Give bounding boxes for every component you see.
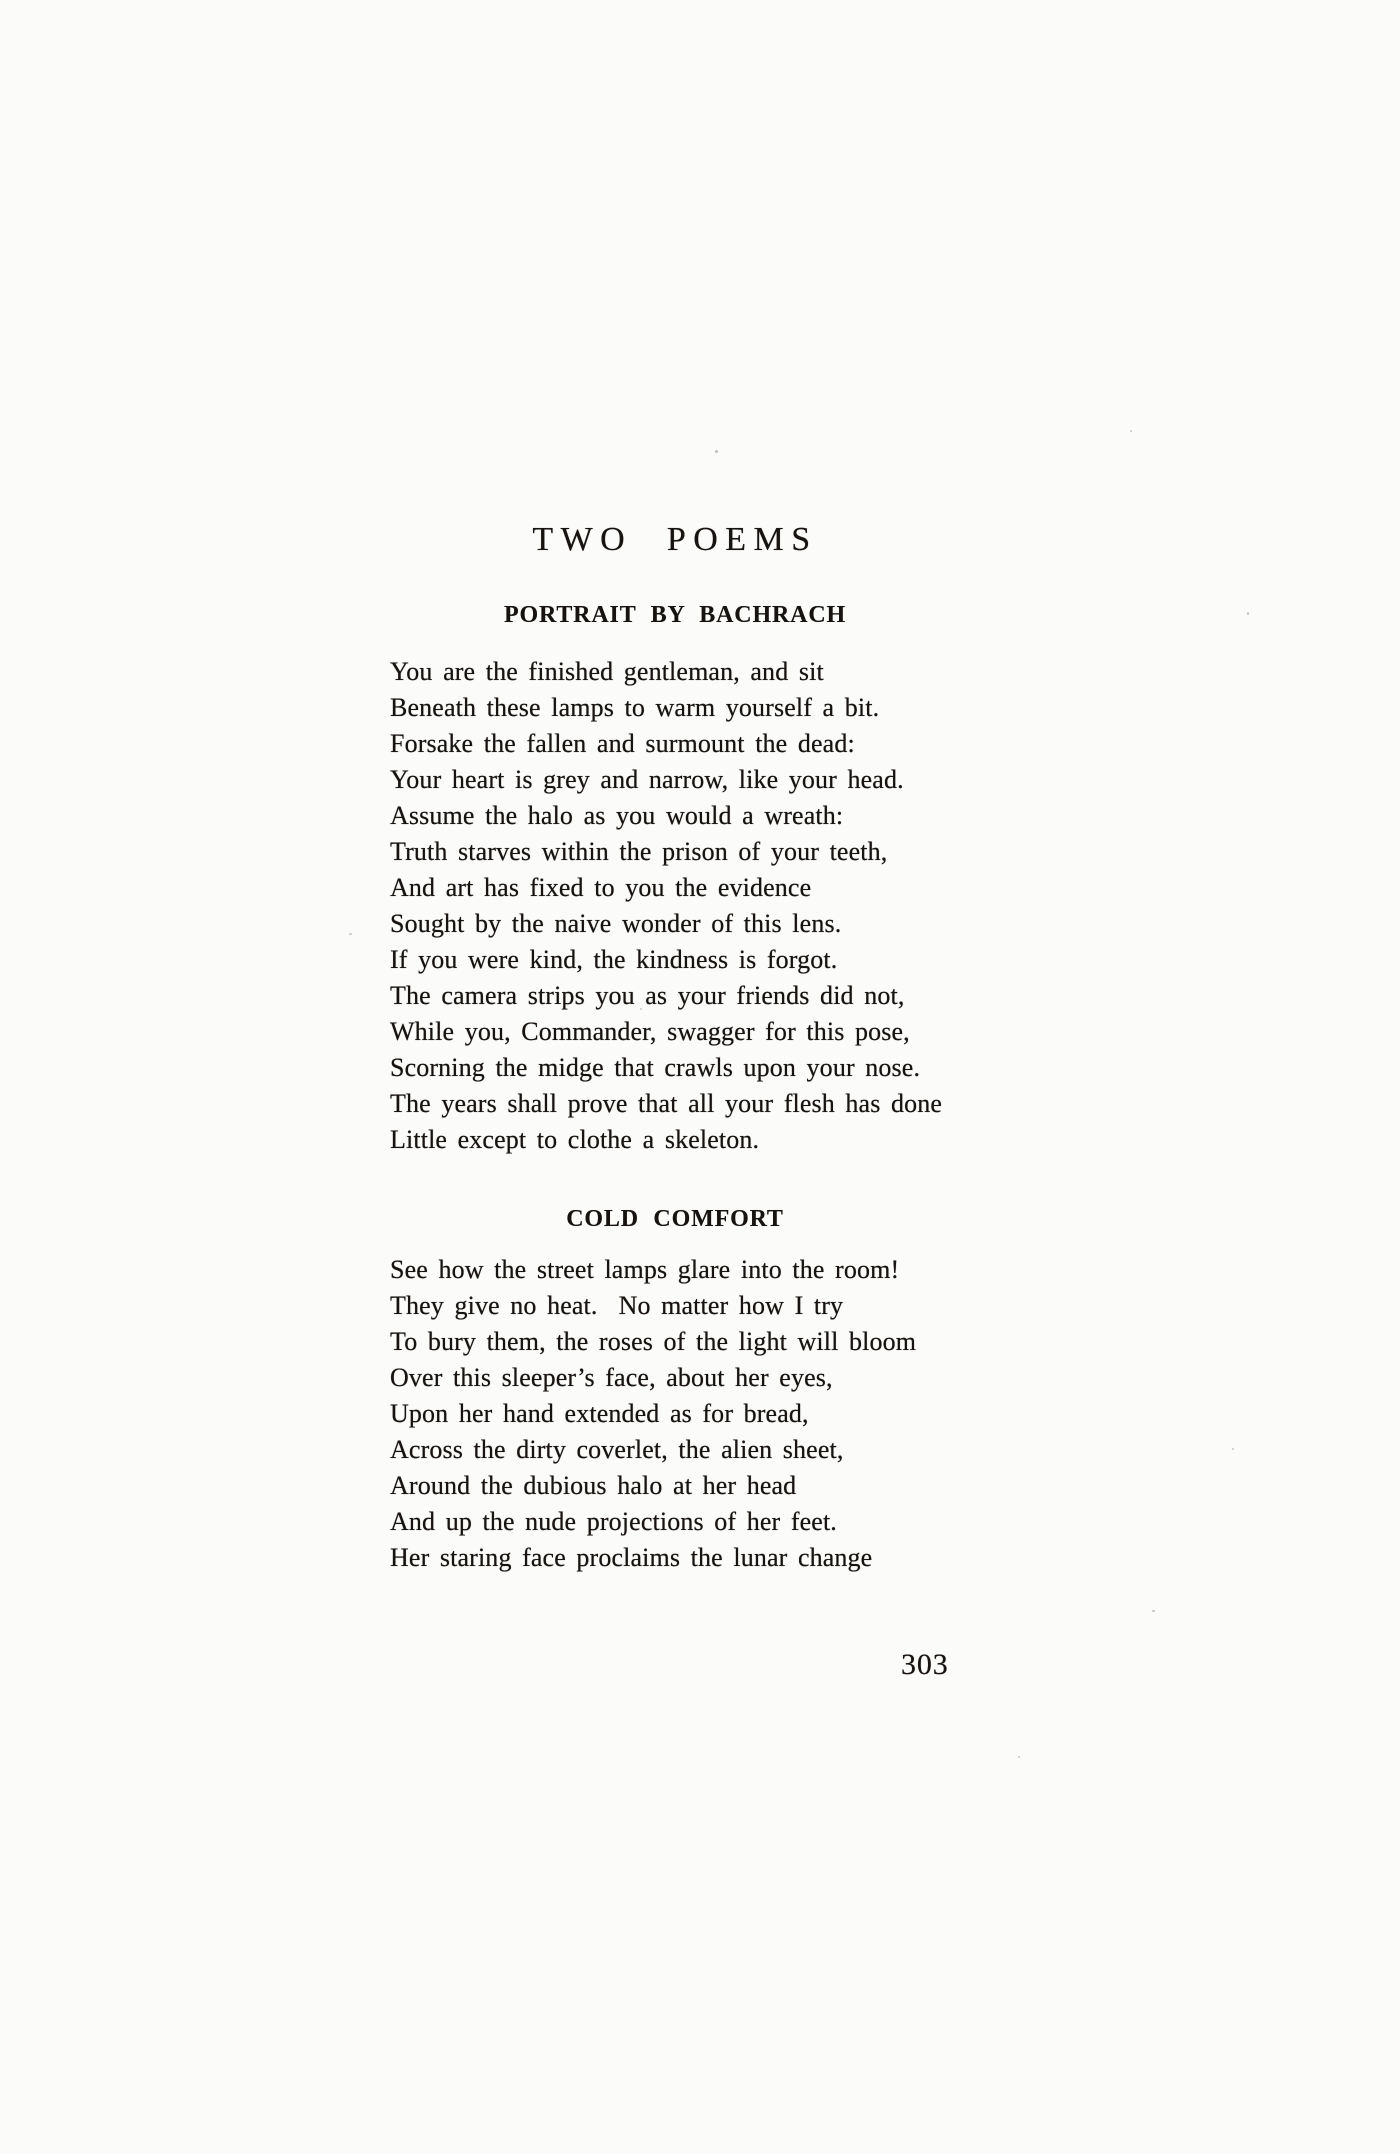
poem-body-portrait-by-bachrach: You are the finished gentleman, and sit … — [390, 654, 942, 1158]
poem-line: And art has fixed to you the evidence — [390, 870, 942, 906]
poem-line: Her staring face proclaims the lunar cha… — [390, 1540, 916, 1576]
poem-line: Over this sleeper’s face, about her eyes… — [390, 1360, 916, 1396]
poem-line: The years shall prove that all your fles… — [390, 1086, 942, 1122]
poem-line: Around the dubious halo at her head — [390, 1468, 916, 1504]
poem-line: Little except to clothe a skeleton. — [390, 1122, 942, 1158]
poem-line: And up the nude projections of her feet. — [390, 1504, 916, 1540]
page-title: TWO POEMS — [390, 521, 960, 559]
poem-line: If you were kind, the kindness is forgot… — [390, 942, 942, 978]
poem-line: The camera strips you as your friends di… — [390, 978, 942, 1014]
page-number: 303 — [901, 1649, 949, 1681]
poem-line: Sought by the naive wonder of this lens. — [390, 906, 942, 942]
poem-line: Beneath these lamps to warm yourself a b… — [390, 690, 942, 726]
poem-line: They give no heat. No matter how I try — [390, 1288, 916, 1324]
poem-heading-portrait-by-bachrach: PORTRAIT BY BACHRACH — [390, 602, 960, 629]
poem-line: While you, Commander, swagger for this p… — [390, 1014, 942, 1050]
poem-line: Upon her hand extended as for bread, — [390, 1396, 916, 1432]
scan-speck — [1247, 612, 1249, 615]
scan-speck — [1232, 1448, 1234, 1450]
scan-speck — [715, 450, 718, 453]
scan-speck — [349, 933, 352, 935]
book-page: TWO POEMS PORTRAIT BY BACHRACH You are t… — [0, 0, 1400, 2154]
poem-line: To bury them, the roses of the light wil… — [390, 1324, 916, 1360]
poem-line: Scorning the midge that crawls upon your… — [390, 1050, 942, 1086]
poem-line: Forsake the fallen and surmount the dead… — [390, 726, 942, 762]
poem-line: Your heart is grey and narrow, like your… — [390, 762, 942, 798]
scan-speck — [1152, 1610, 1155, 1612]
scan-speck — [1130, 430, 1132, 432]
scan-speck — [640, 1008, 642, 1010]
poem-heading-cold-comfort: COLD COMFORT — [390, 1206, 960, 1233]
poem-line: Assume the halo as you would a wreath: — [390, 798, 942, 834]
poem-line: Across the dirty coverlet, the alien she… — [390, 1432, 916, 1468]
poem-body-cold-comfort: See how the street lamps glare into the … — [390, 1252, 916, 1576]
poem-line: You are the finished gentleman, and sit — [390, 654, 942, 690]
scan-speck — [1018, 1756, 1020, 1758]
poem-line: Truth starves within the prison of your … — [390, 834, 942, 870]
poem-line: See how the street lamps glare into the … — [390, 1252, 916, 1288]
